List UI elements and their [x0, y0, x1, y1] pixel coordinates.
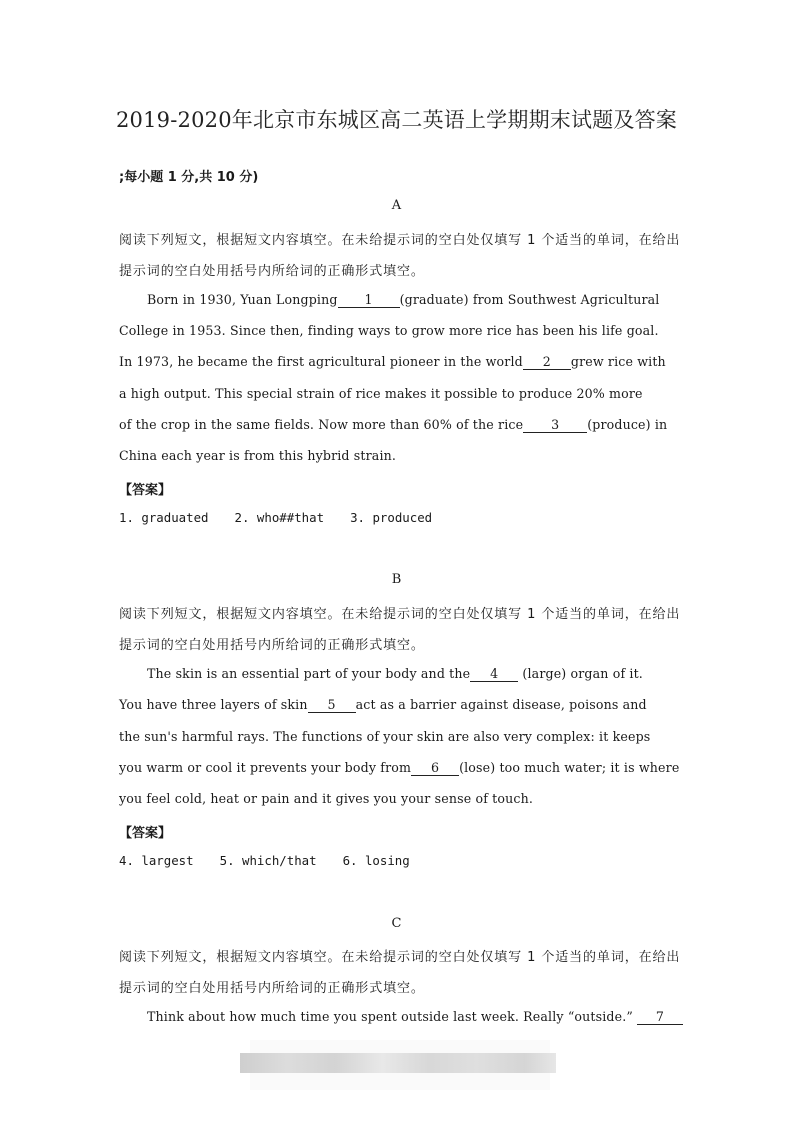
passage-text: Think about how much time you spent outs… [147, 1009, 633, 1024]
instruction-line: 提示词的空白处用括号内所给词的正确形式填空。 [119, 977, 425, 996]
passage-line: you warm or cool it prevents your body f… [119, 760, 679, 776]
blank-4: 4 [470, 667, 518, 682]
passage-text: grew rice with [571, 354, 666, 369]
blank-6: 6 [411, 761, 459, 776]
passage-text: (lose) too much water; it is where [459, 760, 679, 775]
answer-list: 1. graduated2. who##that3. produced [119, 510, 458, 525]
scoring-note: ;每小题 1 分,共 10 分) [119, 166, 258, 185]
answer-item: 5. which/that [220, 853, 317, 868]
passage-text: The skin is an essential part of your bo… [147, 666, 470, 681]
passage-line: Think about how much time you spent outs… [147, 1009, 683, 1025]
section-letter: A [0, 198, 793, 213]
passage-line: you feel cold, heat or pain and it gives… [119, 791, 533, 806]
passage-text: (graduate) from Southwest Agricultural [400, 292, 660, 307]
answer-item: 2. who##that [235, 510, 325, 525]
passage-text: (large) organ of it. [518, 666, 643, 681]
passage-text: In 1973, he became the first agricultura… [119, 354, 523, 369]
document-page: 2019-2020年北京市东城区高二英语上学期期末试题及答案 ;每小题 1 分,… [0, 0, 793, 1122]
passage-text: act as a barrier against disease, poison… [356, 697, 647, 712]
instruction-line: 提示词的空白处用括号内所给词的正确形式填空。 [119, 260, 425, 279]
passage-text: Born in 1930, Yuan Longping [147, 292, 338, 307]
passage-line: China each year is from this hybrid stra… [119, 448, 396, 463]
blank-7: 7 [637, 1010, 683, 1025]
passage-line: a high output. This special strain of ri… [119, 386, 643, 401]
blank-1: 1 [338, 293, 400, 308]
passage-line: Born in 1930, Yuan Longping1(graduate) f… [147, 292, 659, 308]
answer-item: 6. losing [343, 853, 410, 868]
passage-line: In 1973, he became the first agricultura… [119, 354, 666, 370]
passage-line: The skin is an essential part of your bo… [147, 666, 643, 682]
answer-item: 4. largest [119, 853, 194, 868]
passage-text: you warm or cool it prevents your body f… [119, 760, 411, 775]
answer-label: 【答案】 [119, 822, 171, 841]
blank-5: 5 [308, 698, 356, 713]
passage-line: the sun's harmful rays. The functions of… [119, 729, 650, 744]
passage-text: (produce) in [587, 417, 667, 432]
section-letter: B [0, 572, 793, 587]
instruction-line: 阅读下列短文，根据短文内容填空。在未给提示词的空白处仅填写 1 个适当的单词，在… [119, 229, 680, 248]
answer-label: 【答案】 [119, 479, 171, 498]
passage-line: of the crop in the same fields. Now more… [119, 417, 667, 433]
blank-2: 2 [523, 355, 571, 370]
document-title: 2019-2020年北京市东城区高二英语上学期期末试题及答案 [0, 104, 793, 134]
section-letter: C [0, 916, 793, 931]
passage-text: You have three layers of skin [119, 697, 308, 712]
instruction-line: 阅读下列短文，根据短文内容填空。在未给提示词的空白处仅填写 1 个适当的单词，在… [119, 603, 680, 622]
blank-3: 3 [523, 418, 587, 433]
answer-list: 4. largest5. which/that6. losing [119, 853, 436, 868]
instruction-line: 提示词的空白处用括号内所给词的正确形式填空。 [119, 634, 425, 653]
answer-item: 1. graduated [119, 510, 209, 525]
instruction-line: 阅读下列短文，根据短文内容填空。在未给提示词的空白处仅填写 1 个适当的单词，在… [119, 946, 680, 965]
passage-line: You have three layers of skin5act as a b… [119, 697, 647, 713]
passage-text: of the crop in the same fields. Now more… [119, 417, 523, 432]
passage-line: College in 1953. Since then, finding way… [119, 323, 659, 338]
answer-item: 3. produced [350, 510, 432, 525]
redacted-footer-bar [240, 1053, 556, 1073]
